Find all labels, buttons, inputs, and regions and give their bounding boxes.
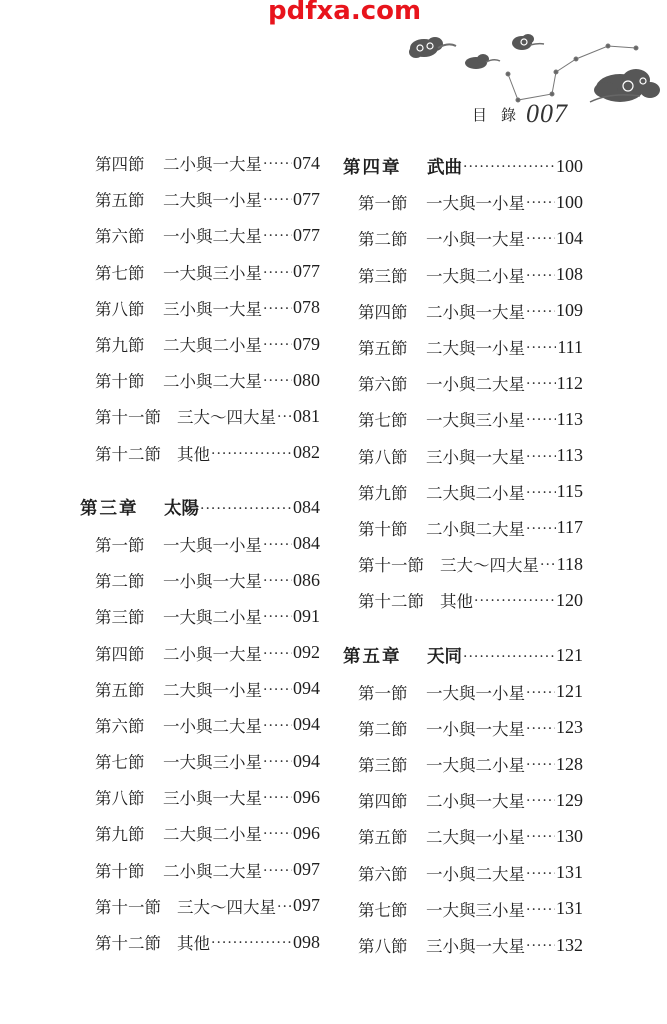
section-title: 三大～四大星 — [177, 894, 276, 918]
toc-entry[interactable]: 第七節一大與三小星113 — [343, 401, 583, 437]
section-title: 三小與一大星 — [163, 296, 262, 320]
section-title: 三小與一大星 — [163, 785, 262, 809]
dot-leader — [263, 156, 292, 172]
toc-entry[interactable]: 第十節二小與二大星117 — [343, 510, 583, 546]
dot-leader — [526, 485, 556, 501]
page-ref: 097 — [293, 859, 320, 880]
section-number: 第四節 — [95, 641, 163, 665]
section-title: 二小與二大星 — [426, 516, 525, 540]
page-ref: 079 — [293, 334, 320, 355]
section-number: 第十二節 — [95, 930, 177, 954]
page-ref: 091 — [293, 606, 320, 627]
dot-leader — [526, 685, 555, 701]
section-number: 第十二節 — [358, 588, 440, 612]
dot-leader — [463, 159, 555, 175]
section-title: 三大～四大星 — [440, 552, 539, 576]
section-title: 二大與一小星 — [426, 335, 525, 359]
dot-leader — [526, 304, 555, 320]
page-ref: 112 — [557, 373, 583, 394]
dot-leader — [263, 373, 292, 389]
toc-entry[interactable]: 第五節二大與一小星111 — [343, 329, 583, 365]
page-ref: 080 — [293, 370, 320, 391]
page-ref: 078 — [293, 297, 320, 318]
toc-entry[interactable]: 第八節三小與一大星078 — [80, 290, 320, 326]
toc-entry[interactable]: 第六節一小與二大星131 — [343, 855, 583, 891]
section-title: 一大與三小星 — [426, 897, 525, 921]
section-title: 一小與一大星 — [426, 226, 525, 250]
section-title: 一大與一小星 — [426, 680, 525, 704]
toc-entry[interactable]: 第六節一小與二大星077 — [80, 217, 320, 253]
toc-entry[interactable]: 第一節一大與一小星100 — [343, 184, 583, 220]
page-ref: 077 — [293, 189, 320, 210]
dot-leader — [200, 501, 292, 517]
dot-leader — [463, 649, 555, 665]
dot-leader — [263, 337, 292, 353]
page-ref: 118 — [557, 554, 583, 575]
dot-leader — [526, 268, 555, 284]
toc-entry[interactable]: 第三節一大與二小星091 — [80, 598, 320, 634]
page-ref: 094 — [293, 714, 320, 735]
section-number: 第五節 — [95, 187, 163, 211]
dot-leader — [474, 593, 555, 609]
section-number: 第六節 — [358, 371, 426, 395]
dot-leader — [526, 721, 555, 737]
toc-entry[interactable]: 第十一節三大～四大星097 — [80, 888, 320, 924]
dot-leader — [526, 938, 555, 954]
section-title: 二小與二大星 — [163, 368, 262, 392]
running-head: 目錄007 — [472, 97, 568, 127]
page-ref: 121 — [556, 681, 583, 702]
toc-chapter-entry[interactable]: 第三章太陽084 — [80, 490, 320, 526]
dot-leader — [263, 573, 292, 589]
dot-leader — [263, 826, 292, 842]
running-head-label-1: 目 — [472, 106, 487, 124]
section-number: 第六節 — [358, 861, 426, 885]
section-title: 二大與二小星 — [163, 821, 262, 845]
page-ref: 129 — [556, 790, 583, 811]
dot-leader — [263, 192, 292, 208]
section-title: 一大與二小星 — [426, 263, 525, 287]
page-ref: 084 — [293, 533, 320, 554]
section-title: 二大與一小星 — [163, 187, 262, 211]
dot-leader — [526, 195, 555, 211]
toc-entry[interactable]: 第十節二小與二大星080 — [80, 362, 320, 398]
chapter-title: 武曲 — [427, 154, 462, 179]
page-ref: 130 — [556, 826, 583, 847]
section-number: 第三節 — [358, 263, 426, 287]
dot-leader — [263, 754, 292, 770]
section-number: 第二節 — [358, 226, 426, 250]
page-ref: 104 — [556, 228, 583, 249]
toc-entry[interactable]: 第三節一大與二小星128 — [343, 746, 583, 782]
section-title: 一小與一大星 — [163, 568, 262, 592]
dot-leader — [263, 609, 292, 625]
section-number: 第九節 — [95, 821, 163, 845]
toc-entry[interactable]: 第一節一大與一小星084 — [80, 526, 320, 562]
section-number: 第二節 — [358, 716, 426, 740]
page-ref: 115 — [557, 481, 583, 502]
dot-leader — [263, 301, 292, 317]
section-number: 第十節 — [95, 858, 163, 882]
dot-leader — [526, 902, 555, 918]
section-number: 第十一節 — [95, 404, 177, 428]
section-title: 二小與一大星 — [426, 788, 525, 812]
toc-entry[interactable]: 第十一節三大～四大星118 — [343, 546, 583, 582]
section-number: 第七節 — [358, 897, 426, 921]
page-ref: 077 — [293, 225, 320, 246]
section-title: 二大與一小星 — [163, 677, 262, 701]
section-title: 一大與三小星 — [426, 407, 525, 431]
section-number: 第一節 — [95, 532, 163, 556]
chapter-title: 太陽 — [164, 495, 199, 520]
toc-chapter-entry[interactable]: 第四章武曲100 — [343, 148, 583, 184]
section-number: 第十二節 — [95, 441, 177, 465]
dot-leader — [211, 446, 292, 462]
page-ref: 098 — [293, 932, 320, 953]
toc-entry[interactable]: 第五節二大與一小星130 — [343, 818, 583, 854]
dot-leader — [263, 682, 292, 698]
section-title: 二小與二大星 — [163, 858, 262, 882]
section-number: 第七節 — [95, 260, 163, 284]
toc-entry[interactable]: 第六節一小與二大星112 — [343, 365, 583, 401]
page-ref: 096 — [293, 787, 320, 808]
section-title: 其他 — [440, 588, 473, 612]
dot-leader — [526, 340, 556, 356]
page-ref: 123 — [556, 717, 583, 738]
toc-entry[interactable]: 第九節二大與二小星096 — [80, 815, 320, 851]
section-number: 第八節 — [358, 933, 426, 957]
toc-entry[interactable]: 第四節二小與一大星092 — [80, 634, 320, 670]
section-title: 二大與二小星 — [426, 480, 525, 504]
section-number: 第五節 — [358, 824, 426, 848]
toc-entry[interactable]: 第四節二小與一大星129 — [343, 782, 583, 818]
page-ref: 094 — [293, 678, 320, 699]
section-number: 第十節 — [95, 368, 163, 392]
toc-chapter-entry[interactable]: 第五章天同121 — [343, 637, 583, 673]
page-ref: 094 — [293, 751, 320, 772]
toc-entry[interactable]: 第七節一大與三小星077 — [80, 254, 320, 290]
dot-leader — [540, 557, 556, 573]
toc-left-column: 第四節二小與一大星074 第五節二大與一小星077 第六節一小與二大星077 第… — [80, 145, 320, 960]
section-number: 第一節 — [358, 680, 426, 704]
page-ref: 074 — [293, 153, 320, 174]
section-number: 第三節 — [358, 752, 426, 776]
section-number: 第七節 — [358, 407, 426, 431]
chapter-number: 第五章 — [343, 643, 427, 668]
page-ref: 077 — [293, 261, 320, 282]
page-ref: 113 — [557, 445, 583, 466]
running-head-label-2: 錄 — [501, 106, 516, 124]
dot-leader — [263, 265, 292, 281]
page-ref: 131 — [556, 862, 583, 883]
section-title: 一小與二大星 — [426, 371, 525, 395]
toc-entry[interactable]: 第十二節其他082 — [80, 435, 320, 471]
toc-entry[interactable]: 第四節二小與一大星109 — [343, 293, 583, 329]
dot-leader — [263, 646, 292, 662]
section-title: 二小與一大星 — [163, 641, 262, 665]
section-title: 二小與一大星 — [426, 299, 525, 323]
section-number: 第六節 — [95, 223, 163, 247]
dot-leader — [526, 793, 555, 809]
dot-leader — [263, 863, 292, 879]
section-title: 其他 — [177, 930, 210, 954]
section-title: 一小與一大星 — [426, 716, 525, 740]
chapter-number: 第三章 — [80, 495, 164, 520]
section-number: 第四節 — [358, 299, 426, 323]
toc-entry[interactable]: 第九節二大與二小星115 — [343, 474, 583, 510]
toc-right-column: 第四章武曲100 第一節一大與一小星100 第二節一小與一大星104 第三節一大… — [343, 148, 583, 963]
section-number: 第四節 — [358, 788, 426, 812]
dot-leader — [277, 899, 292, 915]
dot-leader — [526, 449, 556, 465]
dot-leader — [263, 228, 292, 244]
page-ref: 108 — [556, 264, 583, 285]
toc-entry[interactable]: 第十節二小與二大星097 — [80, 852, 320, 888]
page-ref: 100 — [556, 192, 583, 213]
section-title: 三大～四大星 — [177, 404, 276, 428]
section-number: 第一節 — [358, 190, 426, 214]
section-number: 第四節 — [95, 151, 163, 175]
section-title: 其他 — [177, 441, 210, 465]
section-number: 第六節 — [95, 713, 163, 737]
page-ref: 084 — [293, 497, 320, 518]
dot-leader — [263, 537, 292, 553]
section-title: 二小與一大星 — [163, 151, 262, 175]
toc-entry[interactable]: 第二節一小與一大星123 — [343, 710, 583, 746]
section-title: 一大與一小星 — [163, 532, 262, 556]
chapter-title: 天同 — [427, 643, 462, 668]
page-ref: 092 — [293, 642, 320, 663]
section-title: 二大與二小星 — [163, 332, 262, 356]
page-ref: 111 — [557, 337, 583, 358]
section-title: 一大與一小星 — [426, 190, 525, 214]
dot-leader — [526, 412, 556, 428]
toc-entry[interactable]: 第十一節三大～四大星081 — [80, 398, 320, 434]
dot-leader — [211, 935, 292, 951]
dot-leader — [526, 866, 555, 882]
page-ref: 117 — [557, 517, 583, 538]
page-ref: 120 — [556, 590, 583, 611]
toc-entry[interactable]: 第五節二大與一小星094 — [80, 671, 320, 707]
page-ref: 081 — [293, 406, 320, 427]
toc-entry[interactable]: 第一節一大與一小星121 — [343, 674, 583, 710]
section-number: 第八節 — [95, 296, 163, 320]
dot-leader — [277, 409, 292, 425]
toc-entry[interactable]: 第八節三小與一大星096 — [80, 779, 320, 815]
toc-entry[interactable]: 第七節一大與三小星131 — [343, 891, 583, 927]
watermark: pdfxa.com — [268, 0, 421, 26]
dot-leader — [526, 231, 555, 247]
section-title: 一大與二小星 — [426, 752, 525, 776]
section-number: 第八節 — [358, 444, 426, 468]
toc-entry[interactable]: 第九節二大與二小星079 — [80, 326, 320, 362]
page-ref: 109 — [556, 300, 583, 321]
page-ref: 132 — [556, 935, 583, 956]
section-title: 一大與三小星 — [163, 260, 262, 284]
section-title: 三小與一大星 — [426, 444, 525, 468]
page-ref: 113 — [557, 409, 583, 430]
page-ref: 121 — [556, 645, 583, 666]
toc-entry[interactable]: 第七節一大與三小星094 — [80, 743, 320, 779]
toc-entry[interactable]: 第六節一小與二大星094 — [80, 707, 320, 743]
toc-entry[interactable]: 第八節三小與一大星113 — [343, 438, 583, 474]
page-number: 007 — [526, 99, 568, 128]
chapter-number: 第四章 — [343, 154, 427, 179]
page-ref: 096 — [293, 823, 320, 844]
section-number: 第五節 — [95, 677, 163, 701]
section-title: 二大與一小星 — [426, 824, 525, 848]
section-number: 第五節 — [358, 335, 426, 359]
toc-entry[interactable]: 第八節三小與一大星132 — [343, 927, 583, 963]
section-title: 一大與二小星 — [163, 604, 262, 628]
section-number: 第二節 — [95, 568, 163, 592]
section-number: 第三節 — [95, 604, 163, 628]
toc-entry[interactable]: 第四節二小與一大星074 — [80, 145, 320, 181]
toc-entry[interactable]: 第二節一小與一大星104 — [343, 220, 583, 256]
toc-entry[interactable]: 第二節一小與一大星086 — [80, 562, 320, 598]
section-number: 第十節 — [358, 516, 426, 540]
toc-entry[interactable]: 第三節一大與二小星108 — [343, 257, 583, 293]
section-number: 第九節 — [358, 480, 426, 504]
page-ref: 082 — [293, 442, 320, 463]
section-number: 第八節 — [95, 785, 163, 809]
section-number: 第十一節 — [95, 894, 177, 918]
dot-leader — [526, 829, 555, 845]
page-ref: 100 — [556, 156, 583, 177]
section-number: 第七節 — [95, 749, 163, 773]
toc-entry[interactable]: 第十二節其他120 — [343, 582, 583, 618]
section-title: 一小與二大星 — [163, 223, 262, 247]
section-title: 一小與二大星 — [426, 861, 525, 885]
dot-leader — [263, 718, 292, 734]
toc-entry[interactable]: 第五節二大與一小星077 — [80, 181, 320, 217]
dot-leader — [526, 376, 556, 392]
section-number: 第十一節 — [358, 552, 440, 576]
section-title: 三小與一大星 — [426, 933, 525, 957]
dot-leader — [526, 757, 555, 773]
page-ref: 097 — [293, 895, 320, 916]
section-number: 第九節 — [95, 332, 163, 356]
dot-leader — [263, 790, 292, 806]
dot-leader — [526, 521, 556, 537]
page-ref: 086 — [293, 570, 320, 591]
page-ref: 131 — [556, 898, 583, 919]
section-title: 一大與三小星 — [163, 749, 262, 773]
toc-entry[interactable]: 第十二節其他098 — [80, 924, 320, 960]
page-ref: 128 — [556, 754, 583, 775]
section-title: 一小與二大星 — [163, 713, 262, 737]
